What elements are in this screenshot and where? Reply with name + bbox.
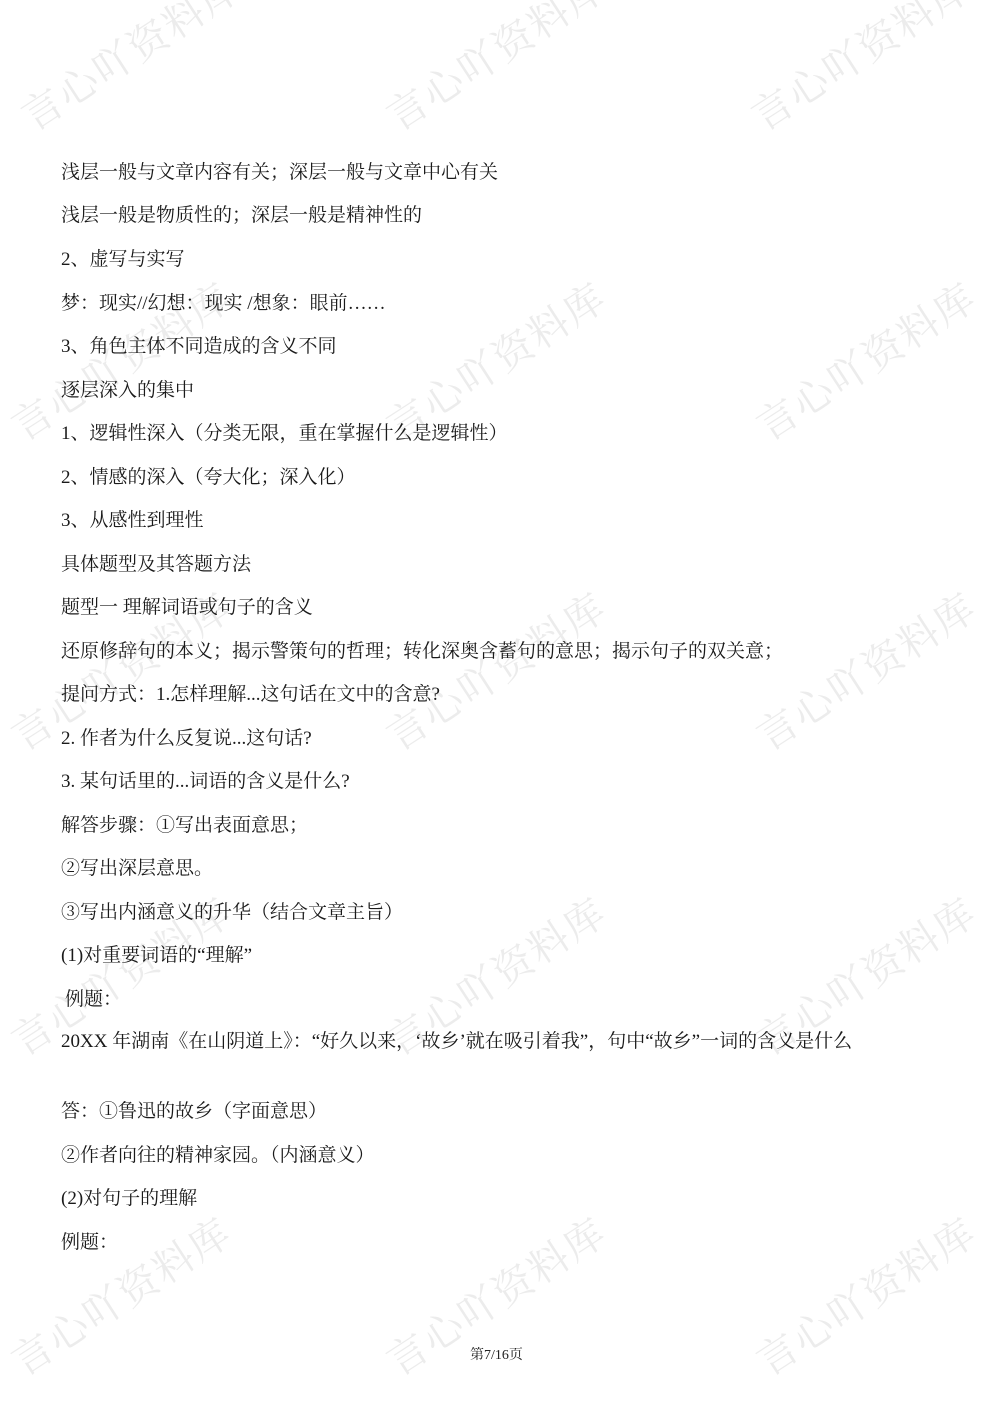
watermark: 言心吖资料库 — [744, 267, 986, 452]
paragraph: 还原修辞句的本义；揭示警策句的哲理；转化深奥含蓄句的意思；揭示句子的双关意； — [61, 641, 783, 663]
section-heading: 3、角色主体不同造成的含义不同 — [61, 336, 337, 358]
paragraph: 提问方式：1.怎样理解...这句话在文中的含意? — [61, 684, 440, 706]
list-item: ③写出内涵意义的升华（结合文章主旨） — [61, 902, 403, 924]
list-item: 3. 某句话里的...词语的含义是什么? — [61, 771, 350, 793]
page-number: 第7/16页 — [0, 1344, 993, 1364]
watermark: 言心吖资料库 — [374, 577, 616, 762]
paragraph: 解答步骤：①写出表面意思； — [61, 815, 308, 837]
watermark: 言心吖资料库 — [9, 0, 251, 142]
subsection-heading: (1)对重要词语的“理解” — [61, 945, 252, 967]
watermark: 言心吖资料库 — [739, 0, 981, 142]
list-item: 2. 作者为什么反复说...这句话? — [61, 728, 312, 750]
paragraph: 浅层一般与文章内容有关；深层一般与文章中心有关 — [61, 162, 498, 184]
paragraph: 20XX 年湖南《在山阴道上》：“好久以来，‘故乡’就在吸引着我”，句中“故乡”… — [61, 1030, 936, 1054]
section-heading: 逐层深入的集中 — [61, 380, 194, 402]
answer: 答：①鲁迅的故乡（字面意思） — [61, 1101, 327, 1123]
list-item: 3、从感性到理性 — [61, 510, 204, 532]
list-item: 2、情感的深入（夸大化；深入化） — [61, 467, 356, 489]
answer: ②作者向往的精神家园。（内涵意义） — [61, 1145, 375, 1167]
paragraph: 梦：现实//幻想：现实 /想象：眼前…… — [61, 293, 386, 315]
example-label: 例题： — [61, 1232, 118, 1254]
section-heading: 具体题型及其答题方法 — [61, 554, 251, 576]
list-item: 1、逻辑性深入（分类无限，重在掌握什么是逻辑性） — [61, 423, 508, 445]
watermark: 言心吖资料库 — [744, 577, 986, 762]
section-heading: 2、虚写与实写 — [61, 249, 185, 271]
section-heading: 题型一 理解词语或句子的含义 — [61, 597, 313, 619]
paragraph: 浅层一般是物质性的；深层一般是精神性的 — [61, 205, 422, 227]
example-label: 例题： — [65, 989, 122, 1011]
subsection-heading: (2)对句子的理解 — [61, 1188, 197, 1210]
watermark: 言心吖资料库 — [374, 0, 616, 142]
list-item: ②写出深层意思。 — [61, 858, 213, 880]
